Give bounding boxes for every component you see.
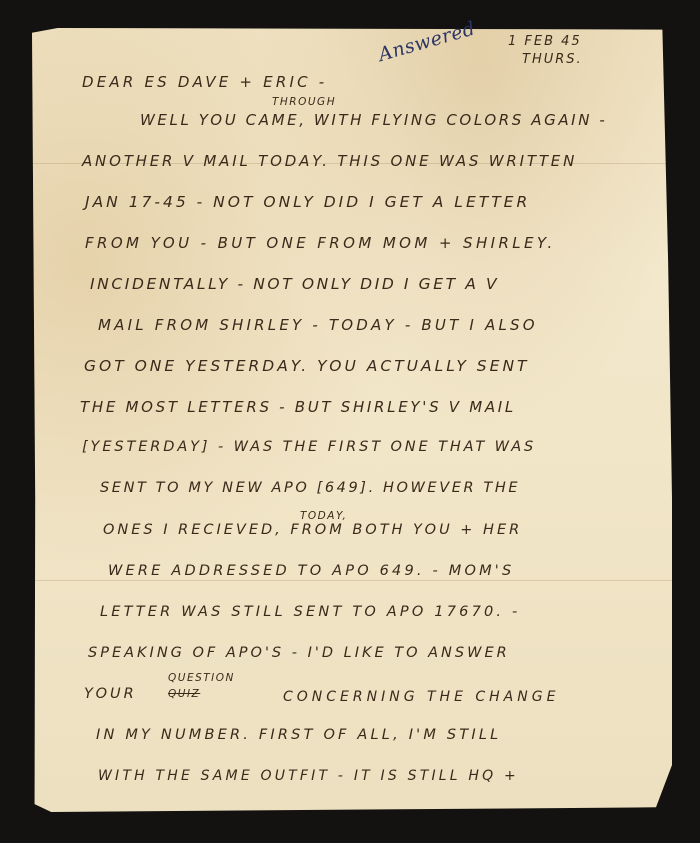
letter-line-3: Jan 17-45 - Not only did I get a letter [85,193,530,211]
letter-line-14: Speaking of APO's - I'd like to answer [88,645,510,661]
letter-line-5: Incidentally - not only did I get a V [90,275,499,293]
letter-date: 1 Feb 45 [508,34,582,49]
letter-line-6: mail from Shirley - today - but I also [98,316,538,334]
letter-line-1: Well you came, with flying colors again … [140,111,607,129]
letter-line-11: ones I recieved, from both you + her [103,522,522,538]
letter-line-16: in my number. First of all, I'm still [96,727,501,743]
letter-line-13: letter was still sent to APO 17670. - [100,604,520,620]
letter-line-12: were addressed to APO 649. - Mom's [108,563,514,579]
salutation: Dear Es Dave + Eric - [82,73,327,91]
insertion-today: today, [300,510,347,522]
letter-line-8: the most letters - but Shirley's V mail [80,398,516,416]
letter-line-17: with the same outfit - It is still Hq + [98,768,519,784]
fold-crease [32,580,672,581]
struck-word: quiz [168,688,200,700]
insertion-question: question [168,672,235,684]
insertion-through: through [272,96,336,108]
letter-line-2: another V mail today. This one was writt… [82,152,577,170]
letter-line-4: from you - but one from Mom + Shirley. [85,234,556,252]
letter-line-15b: concerning the change [283,689,559,705]
letter-line-15a: your [84,686,137,702]
letter-line-7: got one yesterday. You actually sent [84,357,530,375]
letter-line-9: [yesterday] - was the first one that was [82,439,536,455]
letter-line-10: sent to my new APO [649]. However the [100,480,520,496]
letter-day: Thurs. [522,52,583,67]
